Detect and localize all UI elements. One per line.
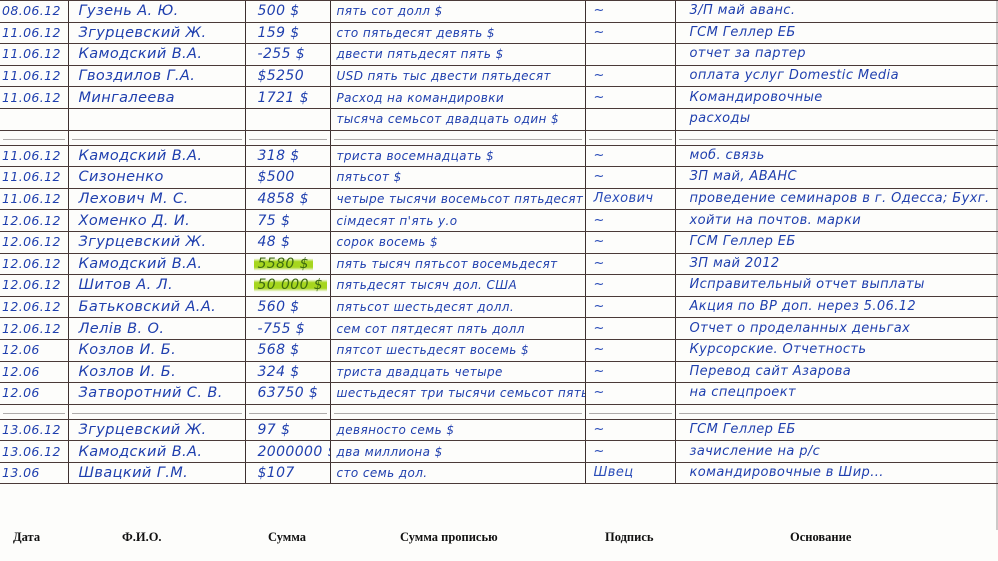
cell-date: 12.06.12 — [0, 253, 68, 275]
pencil-line — [72, 413, 242, 414]
cell-basis: ГСМ Геллер ЕБ — [675, 231, 998, 253]
cell-amount: $107 — [245, 462, 330, 484]
cell-amount-text: 48 $ — [258, 234, 291, 250]
cell-date — [0, 108, 68, 130]
cell-date: 11.06.12 — [0, 145, 68, 167]
cell-name-text: Гузень А. Ю. — [79, 3, 179, 19]
cell-amount-words-text: сорок восемь $ — [337, 235, 439, 249]
cell-basis-text: Отчет о проделанных деньгах — [690, 321, 911, 336]
cell-amount: 50 000 $ — [245, 275, 330, 297]
cell-name: Лелів В. О. — [68, 318, 245, 340]
cell-basis-text: оплата услуг Domestic Media — [690, 68, 899, 83]
cell-amount-text: 63750 $ — [258, 385, 319, 401]
cell-signature-text: ~ — [594, 385, 605, 400]
divider-cell — [0, 404, 68, 419]
cell-signature: ~ — [585, 296, 675, 318]
cell-signature-text: ~ — [594, 148, 605, 163]
cell-basis-text: расходы — [690, 111, 751, 126]
cell-date: 12.06.12 — [0, 210, 68, 232]
pencil-line — [334, 413, 582, 414]
cell-name: Згурцевский Ж. — [68, 22, 245, 44]
cell-basis: ГСМ Геллер ЕБ — [675, 419, 998, 441]
cell-name: Гвоздилов Г.А. — [68, 65, 245, 87]
cell-basis-text: ЗП май, АВАНС — [690, 169, 798, 184]
cell-basis: Перевод сайт Азарова — [675, 361, 998, 383]
cell-signature-text: ~ — [594, 299, 605, 314]
cell-signature — [585, 108, 675, 130]
cell-signature-text: ~ — [594, 342, 605, 357]
cell-basis: ЗП май, АВАНС — [675, 167, 998, 189]
cell-amount-words-text: пятсот шестьдесят восемь $ — [337, 343, 530, 357]
cell-basis-text: Акция по ВР доп. нерез 5.06.12 — [690, 299, 917, 314]
cell-basis: проведение семинаров в г. Одесса; Бухг. — [675, 188, 998, 210]
cell-name: Козлов И. Б. — [68, 339, 245, 361]
cell-amount: $5250 — [245, 65, 330, 87]
cell-date-text: 11.06.12 — [2, 169, 61, 184]
header-signature: Подпись — [605, 530, 654, 545]
cell-name-text: Козлов И. Б. — [79, 364, 177, 380]
cell-date: 11.06.12 — [0, 65, 68, 87]
cell-name-text: Батьковский А.А. — [79, 299, 217, 315]
cell-date-text: 12.06.12 — [2, 277, 61, 292]
cell-basis-text: командировочные в Шир... — [690, 465, 884, 480]
cell-name: Швацкий Г.М. — [68, 462, 245, 484]
cell-signature: ~ — [585, 87, 675, 109]
cell-basis: Исправительный отчет выплаты — [675, 275, 998, 297]
cell-basis-text: Командировочные — [690, 90, 823, 105]
cell-amount-words-text: шестьдесят три тысячи семьсот пятьдесят … — [337, 386, 586, 400]
cell-signature: ~ — [585, 339, 675, 361]
cell-date-text: 13.06.12 — [2, 422, 61, 437]
ledger-row: 13.06Швацкий Г.М.$107сто семь дол.Швецко… — [0, 462, 998, 484]
cell-name — [68, 108, 245, 130]
cell-amount: -255 $ — [245, 44, 330, 66]
cell-date: 11.06.12 — [0, 87, 68, 109]
cell-date: 11.06.12 — [0, 188, 68, 210]
cell-amount: $500 — [245, 167, 330, 189]
cell-name: Камодский В.А. — [68, 253, 245, 275]
cell-amount-text: 560 $ — [258, 299, 300, 315]
pencil-line — [3, 139, 65, 140]
cell-name: Сизоненко — [68, 167, 245, 189]
cell-date: 13.06.12 — [0, 419, 68, 441]
ledger-row: 12.06.12Згурцевский Ж.48 $сорок восемь $… — [0, 231, 998, 253]
cell-signature: ~ — [585, 419, 675, 441]
ledger-row: 13.06.12Згурцевский Ж.97 $девяносто семь… — [0, 419, 998, 441]
cell-basis: командировочные в Шир... — [675, 462, 998, 484]
header-basis: Основание — [790, 530, 851, 545]
ledger-row: 12.06Затворотний С. В.63750 $шестьдесят … — [0, 383, 998, 405]
ledger-row: 13.06.12Камодский В.А.2000000 $два милли… — [0, 441, 998, 463]
cell-amount-words: два миллиона $ — [330, 441, 585, 463]
cell-date: 13.06 — [0, 462, 68, 484]
cell-name-text: Камодский В.А. — [79, 46, 203, 62]
ledger-row: 11.06.12Гвоздилов Г.А.$5250USD пять тыс … — [0, 65, 998, 87]
cell-date-text: 12.06 — [2, 385, 40, 400]
ledger-row: 12.06.12Лелів В. О.-755 $сем сот пятдеся… — [0, 318, 998, 340]
pencil-line — [334, 139, 582, 140]
cell-amount-words-text: пятьдесят тысяч дол. США — [337, 278, 518, 292]
cell-basis-text: отчет за партер — [690, 46, 806, 61]
cell-amount-words: пять сот долл $ — [330, 1, 585, 23]
divider-cell — [68, 130, 245, 145]
cell-name-text: Лехович М. С. — [79, 191, 189, 207]
ledger-row: 08.06.12Гузень А. Ю.500 $пять сот долл $… — [0, 1, 998, 23]
cell-name-text: Камодский В.А. — [79, 256, 203, 272]
cell-date: 11.06.12 — [0, 167, 68, 189]
cell-amount-words-text: сем сот пятдесят пять долл — [337, 322, 525, 336]
cell-amount: 568 $ — [245, 339, 330, 361]
cell-basis: зачисление на р/с — [675, 441, 998, 463]
cell-amount-words: сімдесят п'ять у.о — [330, 210, 585, 232]
cell-amount-words-text: пять тысяч пятьсот восемьдесят — [337, 257, 558, 271]
cell-amount-words: Расход на командировки — [330, 87, 585, 109]
cell-name: Шитов А. Л. — [68, 275, 245, 297]
cell-signature: ~ — [585, 210, 675, 232]
cell-signature: ~ — [585, 318, 675, 340]
cell-basis-text: моб. связь — [690, 148, 765, 163]
cell-amount-words: двести пятьдесят пять $ — [330, 44, 585, 66]
cell-basis: Отчет о проделанных деньгах — [675, 318, 998, 340]
ledger-row: 12.06.12Шитов А. Л.50 000 $пятьдесят тыс… — [0, 275, 998, 297]
cell-amount-words-text: USD пять тыс двести пятьдесят — [337, 69, 551, 83]
cell-amount-words-text: сто семь дол. — [337, 466, 428, 480]
cell-amount-text: -255 $ — [258, 46, 306, 62]
divider-cell — [0, 130, 68, 145]
cell-amount-text: $107 — [258, 465, 295, 481]
ledger-row: 11.06.12Камодский В.А.318 $триста восемн… — [0, 145, 998, 167]
cell-amount: 1721 $ — [245, 87, 330, 109]
cell-basis-text: ГСМ Геллер ЕБ — [690, 25, 796, 40]
cell-amount-words: триста двадцать четыре — [330, 361, 585, 383]
cell-date-text: 12.06.12 — [2, 299, 61, 314]
cell-amount: 560 $ — [245, 296, 330, 318]
cell-amount-words: пятсот шестьдесят восемь $ — [330, 339, 585, 361]
cell-basis: Командировочные — [675, 87, 998, 109]
cell-date: 12.06.12 — [0, 318, 68, 340]
cell-amount: 97 $ — [245, 419, 330, 441]
divider-cell — [585, 404, 675, 419]
cell-date: 08.06.12 — [0, 1, 68, 23]
cell-signature-text: Лехович — [594, 191, 654, 206]
cell-amount-words-text: Расход на командировки — [337, 91, 505, 105]
cell-name-text: Сизоненко — [79, 169, 164, 185]
cell-date: 12.06.12 — [0, 231, 68, 253]
cell-name: Згурцевский Ж. — [68, 231, 245, 253]
divider-cell — [330, 130, 585, 145]
cell-amount-text: 5580 $ — [254, 256, 313, 272]
cell-basis: расходы — [675, 108, 998, 130]
cell-amount-words-text: триста восемнадцать $ — [337, 149, 495, 163]
cell-date: 11.06.12 — [0, 22, 68, 44]
pencil-line — [589, 139, 672, 140]
cell-amount: 75 $ — [245, 210, 330, 232]
ledger-row: 12.06Козлов И. Б.324 $триста двадцать че… — [0, 361, 998, 383]
cell-basis: хойти на почтов. марки — [675, 210, 998, 232]
cell-name-text: Швацкий Г.М. — [79, 465, 189, 481]
cell-date-text: 11.06.12 — [2, 46, 61, 61]
cell-basis: моб. связь — [675, 145, 998, 167]
cell-basis: ГСМ Геллер ЕБ — [675, 22, 998, 44]
cell-name: Згурцевский Ж. — [68, 419, 245, 441]
cell-name: Батьковский А.А. — [68, 296, 245, 318]
ledger-row: 11.06.12Сизоненко$500пятьсот $~ЗП май, А… — [0, 167, 998, 189]
ledger-table: 08.06.12Гузень А. Ю.500 $пять сот долл $… — [0, 0, 998, 484]
cell-basis-text: Исправительный отчет выплаты — [690, 277, 925, 292]
cell-date-text: 12.06.12 — [2, 234, 61, 249]
cell-amount: 318 $ — [245, 145, 330, 167]
section-divider — [0, 130, 998, 145]
cell-amount-words: триста восемнадцать $ — [330, 145, 585, 167]
ledger-row: 11.06.12Камодский В.А.-255 $двести пятьд… — [0, 44, 998, 66]
divider-cell — [68, 404, 245, 419]
ledger-row: 12.06.12Хоменко Д. И.75 $сімдесят п'ять … — [0, 210, 998, 232]
cell-signature: ~ — [585, 65, 675, 87]
cell-signature: ~ — [585, 1, 675, 23]
cell-name: Лехович М. С. — [68, 188, 245, 210]
cell-signature: ~ — [585, 167, 675, 189]
cell-signature: ~ — [585, 275, 675, 297]
column-headers: Дата Ф.И.О. Сумма Сумма прописью Подпись… — [0, 530, 998, 552]
cell-amount-text: 500 $ — [258, 3, 300, 19]
cell-date-text: 12.06.12 — [2, 256, 61, 271]
cell-basis-text: зачисление на р/с — [690, 444, 821, 459]
pencil-line — [249, 139, 327, 140]
ledger-body: 08.06.12Гузень А. Ю.500 $пять сот долл $… — [0, 1, 998, 484]
cell-basis-text: на спецпроект — [690, 385, 796, 400]
cell-name: Мингалеева — [68, 87, 245, 109]
ledger-row: 11.06.12Згурцевский Ж.159 $сто пятьдесят… — [0, 22, 998, 44]
cell-amount-words-text: тысяча семьсот двадцать один $ — [337, 112, 560, 126]
cell-signature-text: ~ — [594, 90, 605, 105]
cell-date: 12.06 — [0, 383, 68, 405]
divider-cell — [675, 130, 998, 145]
cell-amount-words-text: пятьсот $ — [337, 170, 402, 184]
ledger-row: 11.06.12Лехович М. С.4858 $четыре тысячи… — [0, 188, 998, 210]
divider-cell — [585, 130, 675, 145]
cell-amount-text: 75 $ — [258, 213, 291, 229]
cell-date-text: 12.06 — [2, 342, 40, 357]
cell-amount: 159 $ — [245, 22, 330, 44]
cell-amount: 4858 $ — [245, 188, 330, 210]
cell-name: Хоменко Д. И. — [68, 210, 245, 232]
cell-amount — [245, 108, 330, 130]
cell-date-text: 11.06.12 — [2, 90, 61, 105]
cell-amount-words-text: пятьсот шестьдесят долл. — [337, 300, 515, 314]
cell-amount: 5580 $ — [245, 253, 330, 275]
pencil-line — [249, 413, 327, 414]
cell-name-text: Козлов И. Б. — [79, 342, 177, 358]
cell-amount-text: -755 $ — [258, 321, 306, 337]
cell-amount-words: сто пятьдесят девять $ — [330, 22, 585, 44]
header-amount-words: Сумма прописью — [400, 530, 498, 545]
cell-signature: Лехович — [585, 188, 675, 210]
cell-amount-words-text: пять сот долл $ — [337, 4, 443, 18]
cell-name-text: Затворотний С. В. — [79, 385, 223, 401]
cell-signature: Швец — [585, 462, 675, 484]
cell-date-text: 11.06.12 — [2, 191, 61, 206]
cell-basis-text: Перевод сайт Азарова — [690, 364, 852, 379]
cell-date-text: 12.06 — [2, 364, 40, 379]
cell-date: 11.06.12 — [0, 44, 68, 66]
cell-amount-words-text: четыре тысячи восемьсот пятьдесят восемь — [337, 192, 586, 206]
cell-signature-text: ~ — [594, 256, 605, 271]
cell-date-text: 08.06.12 — [2, 3, 61, 18]
cell-amount-text: 1721 $ — [258, 90, 309, 106]
cell-name: Гузень А. Ю. — [68, 1, 245, 23]
cell-amount-words-text: сто пятьдесят девять $ — [337, 26, 495, 40]
cell-signature-text: ~ — [594, 277, 605, 292]
cell-amount-words-text: триста двадцать четыре — [337, 365, 503, 379]
cell-amount: 48 $ — [245, 231, 330, 253]
cell-amount-words: четыре тысячи восемьсот пятьдесят восемь — [330, 188, 585, 210]
cell-date-text: 11.06.12 — [2, 148, 61, 163]
cell-amount: 2000000 $ — [245, 441, 330, 463]
cell-signature-text: Швец — [594, 465, 634, 480]
cell-signature — [585, 44, 675, 66]
cell-amount-words: сем сот пятдесят пять долл — [330, 318, 585, 340]
cell-signature-text: ~ — [594, 234, 605, 249]
cell-signature-text: ~ — [594, 3, 605, 18]
cell-name-text: Згурцевский Ж. — [79, 422, 207, 438]
cell-date-text: 13.06.12 — [2, 444, 61, 459]
pencil-line — [679, 413, 996, 414]
cell-signature: ~ — [585, 22, 675, 44]
cell-amount-text: $5250 — [258, 68, 305, 84]
cell-amount-words: девяносто семь $ — [330, 419, 585, 441]
cell-name-text: Хоменко Д. И. — [79, 213, 191, 229]
cell-amount-text: 4858 $ — [258, 191, 309, 207]
cell-name-text: Лелів В. О. — [79, 321, 165, 337]
cell-amount-words: пять тысяч пятьсот восемьдесят — [330, 253, 585, 275]
cell-signature-text: ~ — [594, 422, 605, 437]
cell-basis-text: ЗП май 2012 — [690, 256, 780, 271]
cell-date-text: 12.06.12 — [2, 321, 61, 336]
cell-signature: ~ — [585, 253, 675, 275]
cell-date: 13.06.12 — [0, 441, 68, 463]
cell-basis: 3/П май аванс. — [675, 1, 998, 23]
section-divider — [0, 404, 998, 419]
cell-signature: ~ — [585, 145, 675, 167]
cell-name-text: Згурцевский Ж. — [79, 234, 207, 250]
cell-name-text: Мингалеева — [79, 90, 175, 106]
cell-basis-text: ГСМ Геллер ЕБ — [690, 422, 796, 437]
pencil-line — [679, 139, 996, 140]
cell-date: 12.06 — [0, 339, 68, 361]
cell-amount-text: $500 — [258, 169, 295, 185]
cell-signature-text: ~ — [594, 25, 605, 40]
cell-amount-text: 50 000 $ — [254, 277, 328, 293]
cell-signature-text: ~ — [594, 321, 605, 336]
cell-basis-text: 3/П май аванс. — [690, 3, 796, 18]
divider-cell — [245, 130, 330, 145]
cell-basis: ЗП май 2012 — [675, 253, 998, 275]
ledger-row: 12.06.12Камодский В.А.5580 $пять тысяч п… — [0, 253, 998, 275]
cell-amount-text: 2000000 $ — [258, 444, 331, 460]
cell-amount-words: сорок восемь $ — [330, 231, 585, 253]
cell-amount-words: пятьсот шестьдесят долл. — [330, 296, 585, 318]
cell-basis: Акция по ВР доп. нерез 5.06.12 — [675, 296, 998, 318]
cell-name-text: Згурцевский Ж. — [79, 25, 207, 41]
cell-basis-text: ГСМ Геллер ЕБ — [690, 234, 796, 249]
cell-signature: ~ — [585, 361, 675, 383]
cell-name-text: Камодский В.А. — [79, 148, 203, 164]
cell-amount-text: 568 $ — [258, 342, 300, 358]
cell-basis: отчет за партер — [675, 44, 998, 66]
ledger-row: 12.06.12Батьковский А.А.560 $пятьсот шес… — [0, 296, 998, 318]
cell-basis-text: Курсорские. Отчетность — [690, 342, 867, 357]
cell-amount: 324 $ — [245, 361, 330, 383]
cell-basis: оплата услуг Domestic Media — [675, 65, 998, 87]
cell-amount-words-text: двести пятьдесят пять $ — [337, 47, 504, 61]
cell-amount-words: пятьдесят тысяч дол. США — [330, 275, 585, 297]
cell-name-text: Гвоздилов Г.А. — [79, 68, 196, 84]
cell-signature-text: ~ — [594, 169, 605, 184]
cell-date: 12.06.12 — [0, 296, 68, 318]
ledger-row: тысяча семьсот двадцать один $расходы — [0, 108, 998, 130]
cell-amount-words: тысяча семьсот двадцать один $ — [330, 108, 585, 130]
cell-name: Затворотний С. В. — [68, 383, 245, 405]
cell-amount: 500 $ — [245, 1, 330, 23]
cell-basis: Курсорские. Отчетность — [675, 339, 998, 361]
cell-amount-text: 97 $ — [258, 422, 291, 438]
cell-signature-text: ~ — [594, 213, 605, 228]
cell-signature: ~ — [585, 441, 675, 463]
cell-date-text: 12.06.12 — [2, 213, 61, 228]
pencil-line — [3, 413, 65, 414]
cell-date-text: 11.06.12 — [2, 68, 61, 83]
cell-amount: 63750 $ — [245, 383, 330, 405]
cell-signature-text: ~ — [594, 68, 605, 83]
cell-name: Козлов И. Б. — [68, 361, 245, 383]
cell-signature-text: ~ — [594, 444, 605, 459]
cell-amount-words: шестьдесят три тысячи семьсот пятьдесят … — [330, 383, 585, 405]
cell-amount-text: 318 $ — [258, 148, 300, 164]
ledger-scan: 08.06.12Гузень А. Ю.500 $пять сот долл $… — [0, 0, 998, 561]
cell-name-text: Камодский В.А. — [79, 444, 203, 460]
cell-signature-text: ~ — [594, 364, 605, 379]
cell-signature: ~ — [585, 231, 675, 253]
divider-cell — [675, 404, 998, 419]
cell-basis-text: хойти на почтов. марки — [690, 213, 862, 228]
ledger-row: 12.06Козлов И. Б.568 $пятсот шестьдесят … — [0, 339, 998, 361]
cell-basis: на спецпроект — [675, 383, 998, 405]
cell-amount-words-text: сімдесят п'ять у.о — [337, 214, 458, 228]
cell-date: 12.06.12 — [0, 275, 68, 297]
cell-name: Камодский В.А. — [68, 145, 245, 167]
cell-amount-words: пятьсот $ — [330, 167, 585, 189]
header-date: Дата — [13, 530, 40, 545]
pencil-line — [72, 139, 242, 140]
pencil-line — [589, 413, 672, 414]
cell-amount-text: 159 $ — [258, 25, 300, 41]
cell-amount-words-text: девяносто семь $ — [337, 423, 455, 437]
cell-amount-words: сто семь дол. — [330, 462, 585, 484]
cell-date-text: 13.06 — [2, 465, 40, 480]
cell-basis-text: проведение семинаров в г. Одесса; Бухг. — [690, 191, 990, 206]
cell-signature: ~ — [585, 383, 675, 405]
cell-date: 12.06 — [0, 361, 68, 383]
cell-amount-words-text: два миллиона $ — [337, 445, 443, 459]
cell-date-text: 11.06.12 — [2, 25, 61, 40]
cell-amount-words: USD пять тыс двести пятьдесят — [330, 65, 585, 87]
divider-cell — [245, 404, 330, 419]
header-amount: Сумма — [268, 530, 306, 545]
divider-cell — [330, 404, 585, 419]
cell-name: Камодский В.А. — [68, 44, 245, 66]
cell-amount-text: 324 $ — [258, 364, 300, 380]
cell-name-text: Шитов А. Л. — [79, 277, 173, 293]
